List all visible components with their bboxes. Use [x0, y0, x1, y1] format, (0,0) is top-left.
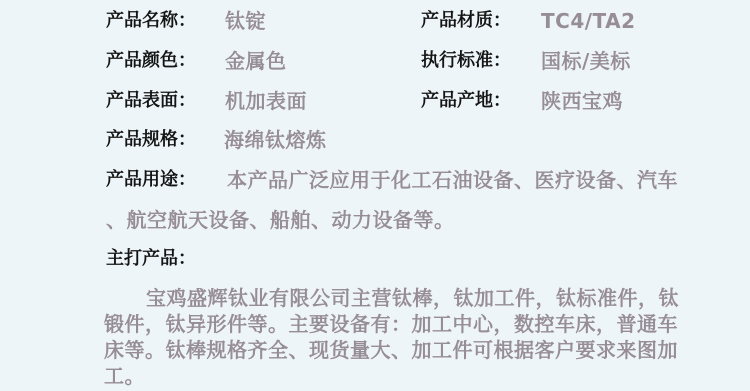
spec-label-usage: 产品用途：	[106, 171, 196, 189]
company-description-line-4: 工。	[104, 366, 145, 386]
spec-value-usage-line1: 本产品广泛应用于化工石油设备、医疗设备、汽车	[227, 170, 678, 190]
company-description-line-2: 锻件，钛异形件等。主要设备有：加工中心，数控车床，普通车	[104, 314, 678, 334]
main-products-heading: 主打产品：	[106, 250, 196, 268]
spec-value-surface: 机加表面	[225, 91, 307, 111]
spec-value-origin: 陕西宝鸡	[541, 91, 623, 111]
spec-label-product-name: 产品名称：	[106, 12, 196, 30]
spec-value-specification: 海绵钛熔炼	[224, 130, 327, 150]
spec-value-color: 金属色	[225, 51, 287, 71]
company-description-line-3: 床等。钛棒规格齐全、现货量大、加工件可根据客户要求来图加	[104, 340, 678, 360]
spec-value-usage-line2: 、航空航天设备、船舶、动力设备等。	[106, 210, 455, 230]
spec-value-standard: 国标/美标	[541, 51, 631, 71]
product-spec-page: 产品名称： 钛锭 产品材质： TC4/TA2 产品颜色： 金属色 执行标准： 国…	[0, 0, 750, 391]
spec-label-origin: 产品产地：	[421, 92, 511, 110]
spec-label-specification: 产品规格：	[106, 131, 196, 149]
spec-value-product-name: 钛锭	[225, 11, 266, 31]
spec-label-standard: 执行标准：	[421, 52, 511, 70]
spec-label-surface: 产品表面：	[106, 92, 196, 110]
company-description-line-1: 宝鸡盛辉钛业有限公司主营钛棒，钛加工件，钛标准件，钛	[146, 288, 679, 308]
spec-value-material: TC4/TA2	[541, 11, 636, 31]
spec-label-color: 产品颜色：	[106, 52, 196, 70]
spec-label-material: 产品材质：	[421, 12, 511, 30]
